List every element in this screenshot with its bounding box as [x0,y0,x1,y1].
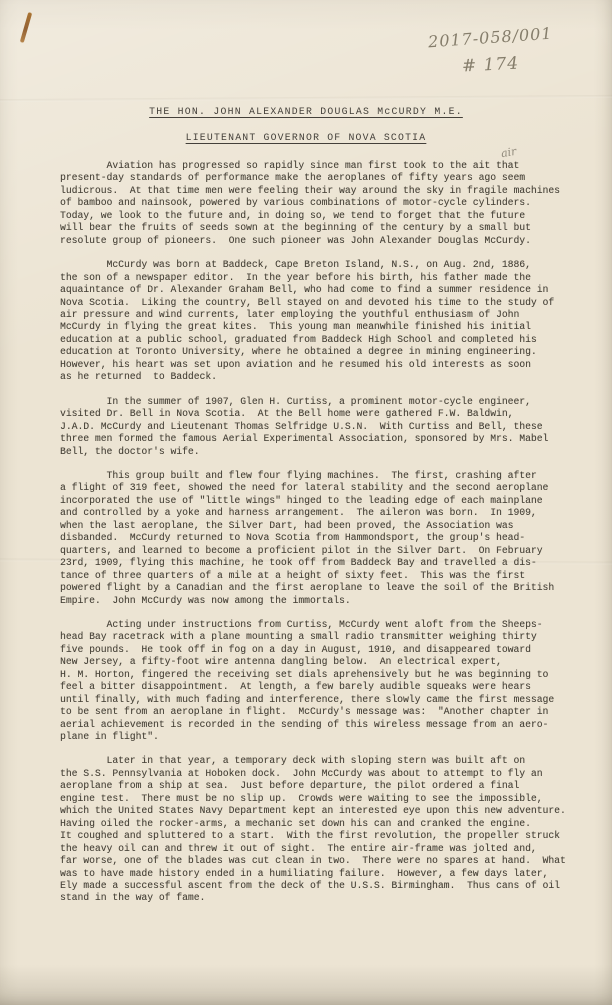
scanned-document-page: 2017-058/001 # 174 air THE HON. JOHN ALE… [0,0,612,1005]
paragraph-wireless-message: Acting under instructions from Curtiss, … [60,619,592,744]
document-title: THE HON. JOHN ALEXANDER DOUGLAS McCURDY … [0,106,612,117]
paragraph-curtiss-visit: In the summer of 1907, Glen H. Curtiss, … [60,396,592,458]
paragraph-four-flying-machines: This group built and flew four flying ma… [60,470,592,607]
rust-stain-mark [20,12,32,43]
title-block: THE HON. JOHN ALEXANDER DOUGLAS McCURDY … [0,106,612,143]
document-subtitle: LIEUTENANT GOVERNOR OF NOVA SCOTIA [0,132,612,143]
air-correction-annotation: air [500,145,517,160]
paragraph-aviation-progress: Aviation has progressed so rapidly since… [60,160,592,247]
document-body: Aviation has progressed so rapidly since… [60,160,592,917]
paragraph-ship-deck-attempt: Later in that year, a temporary deck wit… [60,755,592,904]
item-number-annotation: # 174 [462,54,520,77]
paragraph-birth-and-education: McCurdy was born at Baddeck, Cape Breton… [60,259,592,384]
paper-crease [0,95,612,102]
accession-number-annotation: 2017-058/001 [427,24,553,52]
